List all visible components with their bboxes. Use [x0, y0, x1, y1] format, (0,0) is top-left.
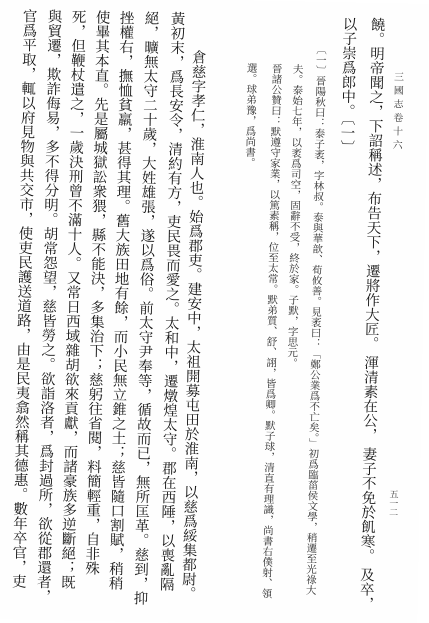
text-column: 官爲平取，輒以府見物與共交市，使吏民護送道路，由是民夷翕然稱其德惠。數年卒官，吏 — [9, 8, 36, 588]
annotation-column: 夫。泰始七年，以袤爲司空，固辭不受，終於家。子默，字思元。 — [285, 63, 303, 368]
running-head: 三國志卷十六 — [388, 71, 402, 153]
text-column: 以子崇爲郎中。〔一〕 — [337, 16, 356, 154]
annotation-column: 晉諸公贊曰：默遵守家業，以篤素稱，位至太常。默弟質、舒、詡，皆爲卿。默子球，清直… — [260, 63, 282, 599]
annotation-column: 選。球弟豫，爲尚書。 — [243, 63, 257, 168]
text-column: 死，但鞭杖遣之，一歲決刑曾不滿十人。又常日西域雜胡欲來貢獻，而諸豪族多逆斷絕；既 — [58, 9, 85, 589]
page-number: 五一二 — [386, 489, 397, 516]
text-column: 饒。明帝聞之，下詔稱述，布告天下，遷將作大匠。 渾清素在公， 妻子不免於飢寒。 … — [356, 17, 383, 611]
book-page: 三國志卷十六 五一二 饒。明帝聞之，下詔稱述，布告天下，遷將作大匠。 渾清素在公… — [0, 0, 429, 623]
text-column: 絕，曠無太守二十歲，大姓雄張，遂以爲俗。前太守尹奉等，循故而已，無所匡革。慈到，… — [130, 11, 157, 606]
text-column: 挫權右，撫恤貧羸，甚得其理。舊大族田地有餘，而小民無立錐之土；慈皆隨口割賦，稍稍 — [106, 10, 133, 590]
annotation-column: 〔一〕晉陽秋曰：泰子袤，字林叔。泰與華歆、荀攸善。見袤曰：「鄭公業爲不亡矣。」初… — [304, 44, 327, 595]
text-column: 與貿遷，欺詐侮易，多不得分明。胡常怨望，慈皆勞之。欲詣洛者，爲封過所，欲從郡還者… — [33, 9, 60, 604]
text-column: 使畢其本直。先是屬城獄訟衆猥，縣不能決，多集治下；慈躬往省閱，料簡輕重，自非殊 — [82, 10, 109, 576]
